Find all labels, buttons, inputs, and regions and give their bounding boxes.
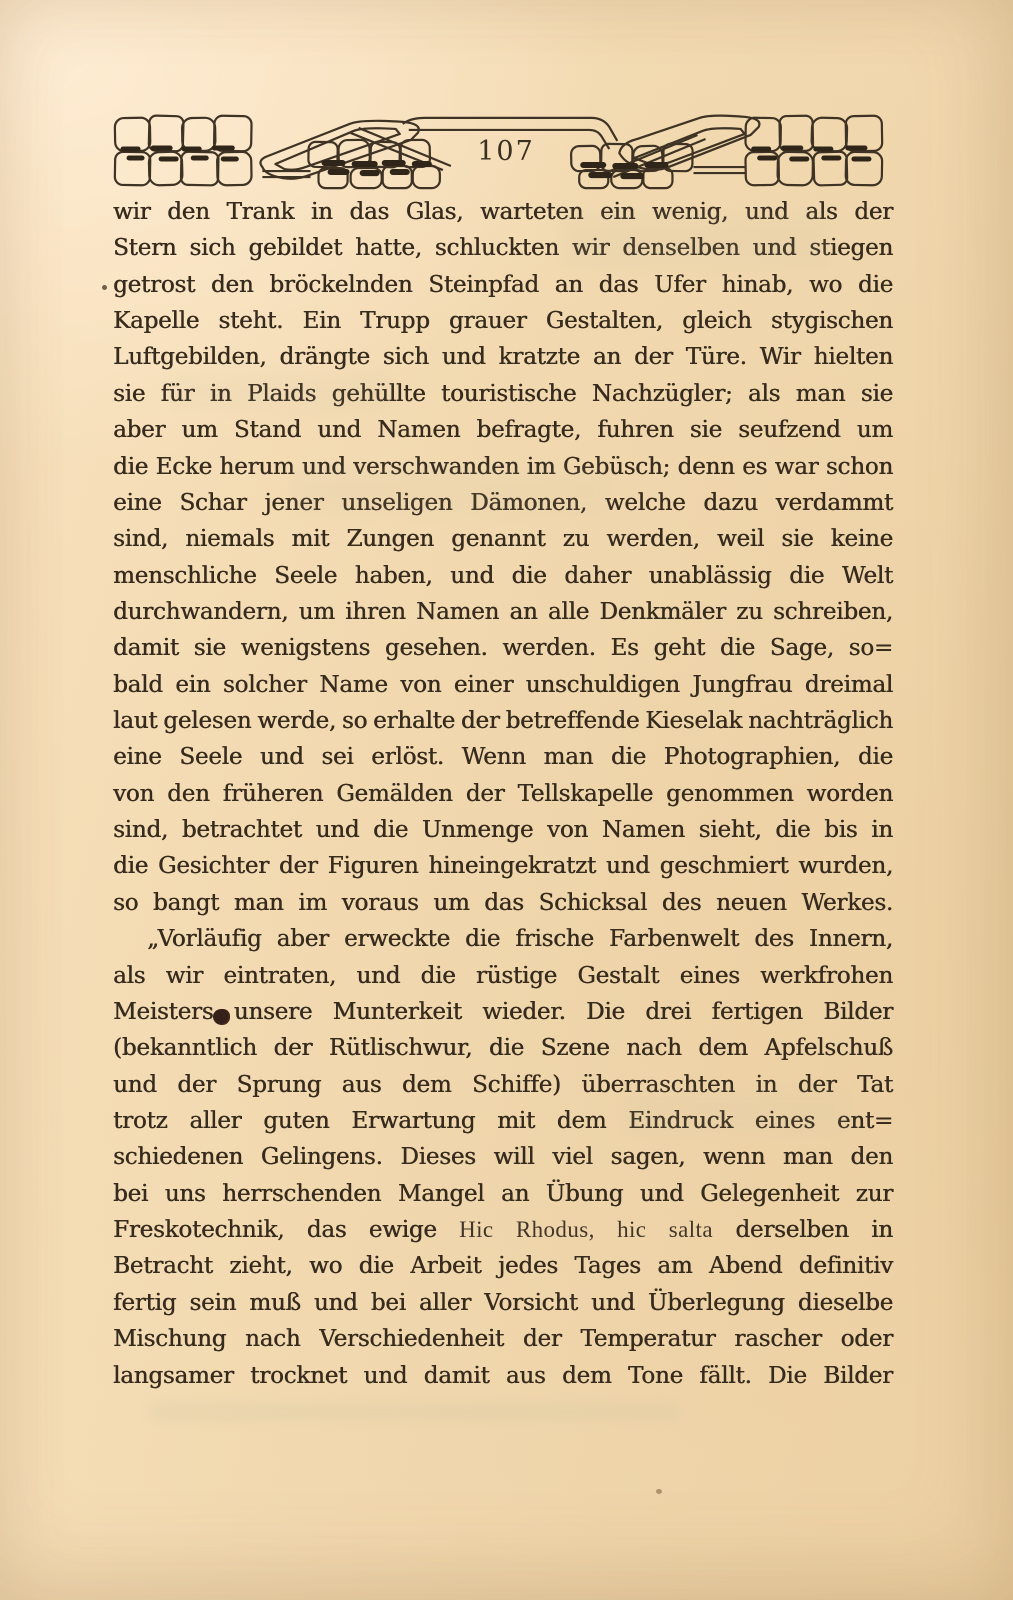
text-line: schiedenenGelingens.Dieseswillvielsagen,… [113, 1144, 893, 1180]
stone-block-right [745, 116, 882, 186]
text-line: Luftgebilden,drängtesichundkratzteanderT… [113, 344, 893, 380]
text-line: eineSeeleundseierlöst.WennmandiePhotogra… [113, 744, 893, 780]
text-line: eineScharjenerunseligenDämonen,welchedaz… [113, 490, 893, 526]
text-line: trotzallergutenErwartungmitdemEindruckei… [113, 1108, 893, 1144]
inner-stones-right [571, 144, 693, 188]
text-line: getrostdenbröckelndenSteinpfadandasUferh… [113, 272, 893, 308]
text-line: damitsiewenigstensgesehen.werden.Esgehtd… [113, 635, 893, 671]
text-line: undderSprungausdemSchiffe)überraschtenin… [113, 1072, 893, 1108]
text-line: langsamertrocknetunddamitausdemTonefällt… [113, 1363, 893, 1399]
text-line: MeistersunsereMunterkeitwieder.Diedreife… [113, 999, 893, 1035]
ink-blot-artifact [213, 1009, 230, 1025]
text-line: alswireintraten,unddierüstigeGestalteine… [113, 963, 893, 999]
paper-speck [656, 1489, 662, 1494]
text-line: beiunsherrschendenMangelanÜbungundGelege… [113, 1181, 893, 1217]
text-line: Freskotechnik,dasewigeHicRhodus,hicsalta… [113, 1217, 893, 1253]
text-line: sind,niemalsmitZungengenanntzuwerden,wei… [113, 526, 893, 562]
book-page: { "page": { "number": "107", "paper_colo… [0, 0, 1013, 1600]
paper-speck [102, 285, 107, 290]
stone-block-left [115, 115, 252, 185]
text-line: MischungnachVerschiedenheitderTemperatur… [113, 1326, 893, 1362]
text-line: fertigseinmußundbeiallerVorsichtundÜberl… [113, 1290, 893, 1326]
text-line: dieEckeherumundverschwandenimGebüsch;den… [113, 454, 893, 490]
show-through-smudge [150, 1404, 680, 1420]
text-line: (bekanntlichderRütlischwur,dieSzenenachd… [113, 1035, 893, 1071]
text-line: sobangtmanimvorausumdasSchicksaldesneuen… [113, 890, 893, 926]
text-line: dieGesichterderFigurenhineingekratztundg… [113, 853, 893, 889]
text-line: durchwandern,umihrenNamenanalleDenkmäler… [113, 599, 893, 635]
text-block: wirdenTrankindasGlas,warteteneinwenig,un… [113, 199, 893, 1399]
text-line: „VorläufigabererwecktediefrischeFarbenwe… [113, 926, 893, 962]
text-line: sind,betrachtetunddieUnmengevonNamensieh… [113, 817, 893, 853]
text-line: wirdenTrankindasGlas,warteteneinwenig,un… [113, 199, 893, 235]
text-line: Sternsichgebildethatte,schlucktenwirdens… [113, 235, 893, 271]
page-number: 107 [466, 136, 546, 168]
text-line: vondenfrüherenGemäldenderTellskapellegen… [113, 781, 893, 817]
text-line: siefürinPlaidsgehülltetouristischeNachzü… [113, 381, 893, 417]
text-line: Kapellesteht.EinTruppgrauerGestalten,gle… [113, 308, 893, 344]
text-line: menschlicheSeelehaben,unddiedaherunabläs… [113, 563, 893, 599]
text-line: lautgelesenwerde,soerhaltederbetreffende… [113, 708, 893, 744]
text-line: aberumStandundNamenbefragte,fuhrensieseu… [113, 417, 893, 453]
text-line: baldeinsolcherNamevoneinerunschuldigenJu… [113, 672, 893, 708]
text-line: Betrachtzieht,wodieArbeitjedesTagesamAbe… [113, 1253, 893, 1289]
inner-stones-left [308, 140, 440, 188]
